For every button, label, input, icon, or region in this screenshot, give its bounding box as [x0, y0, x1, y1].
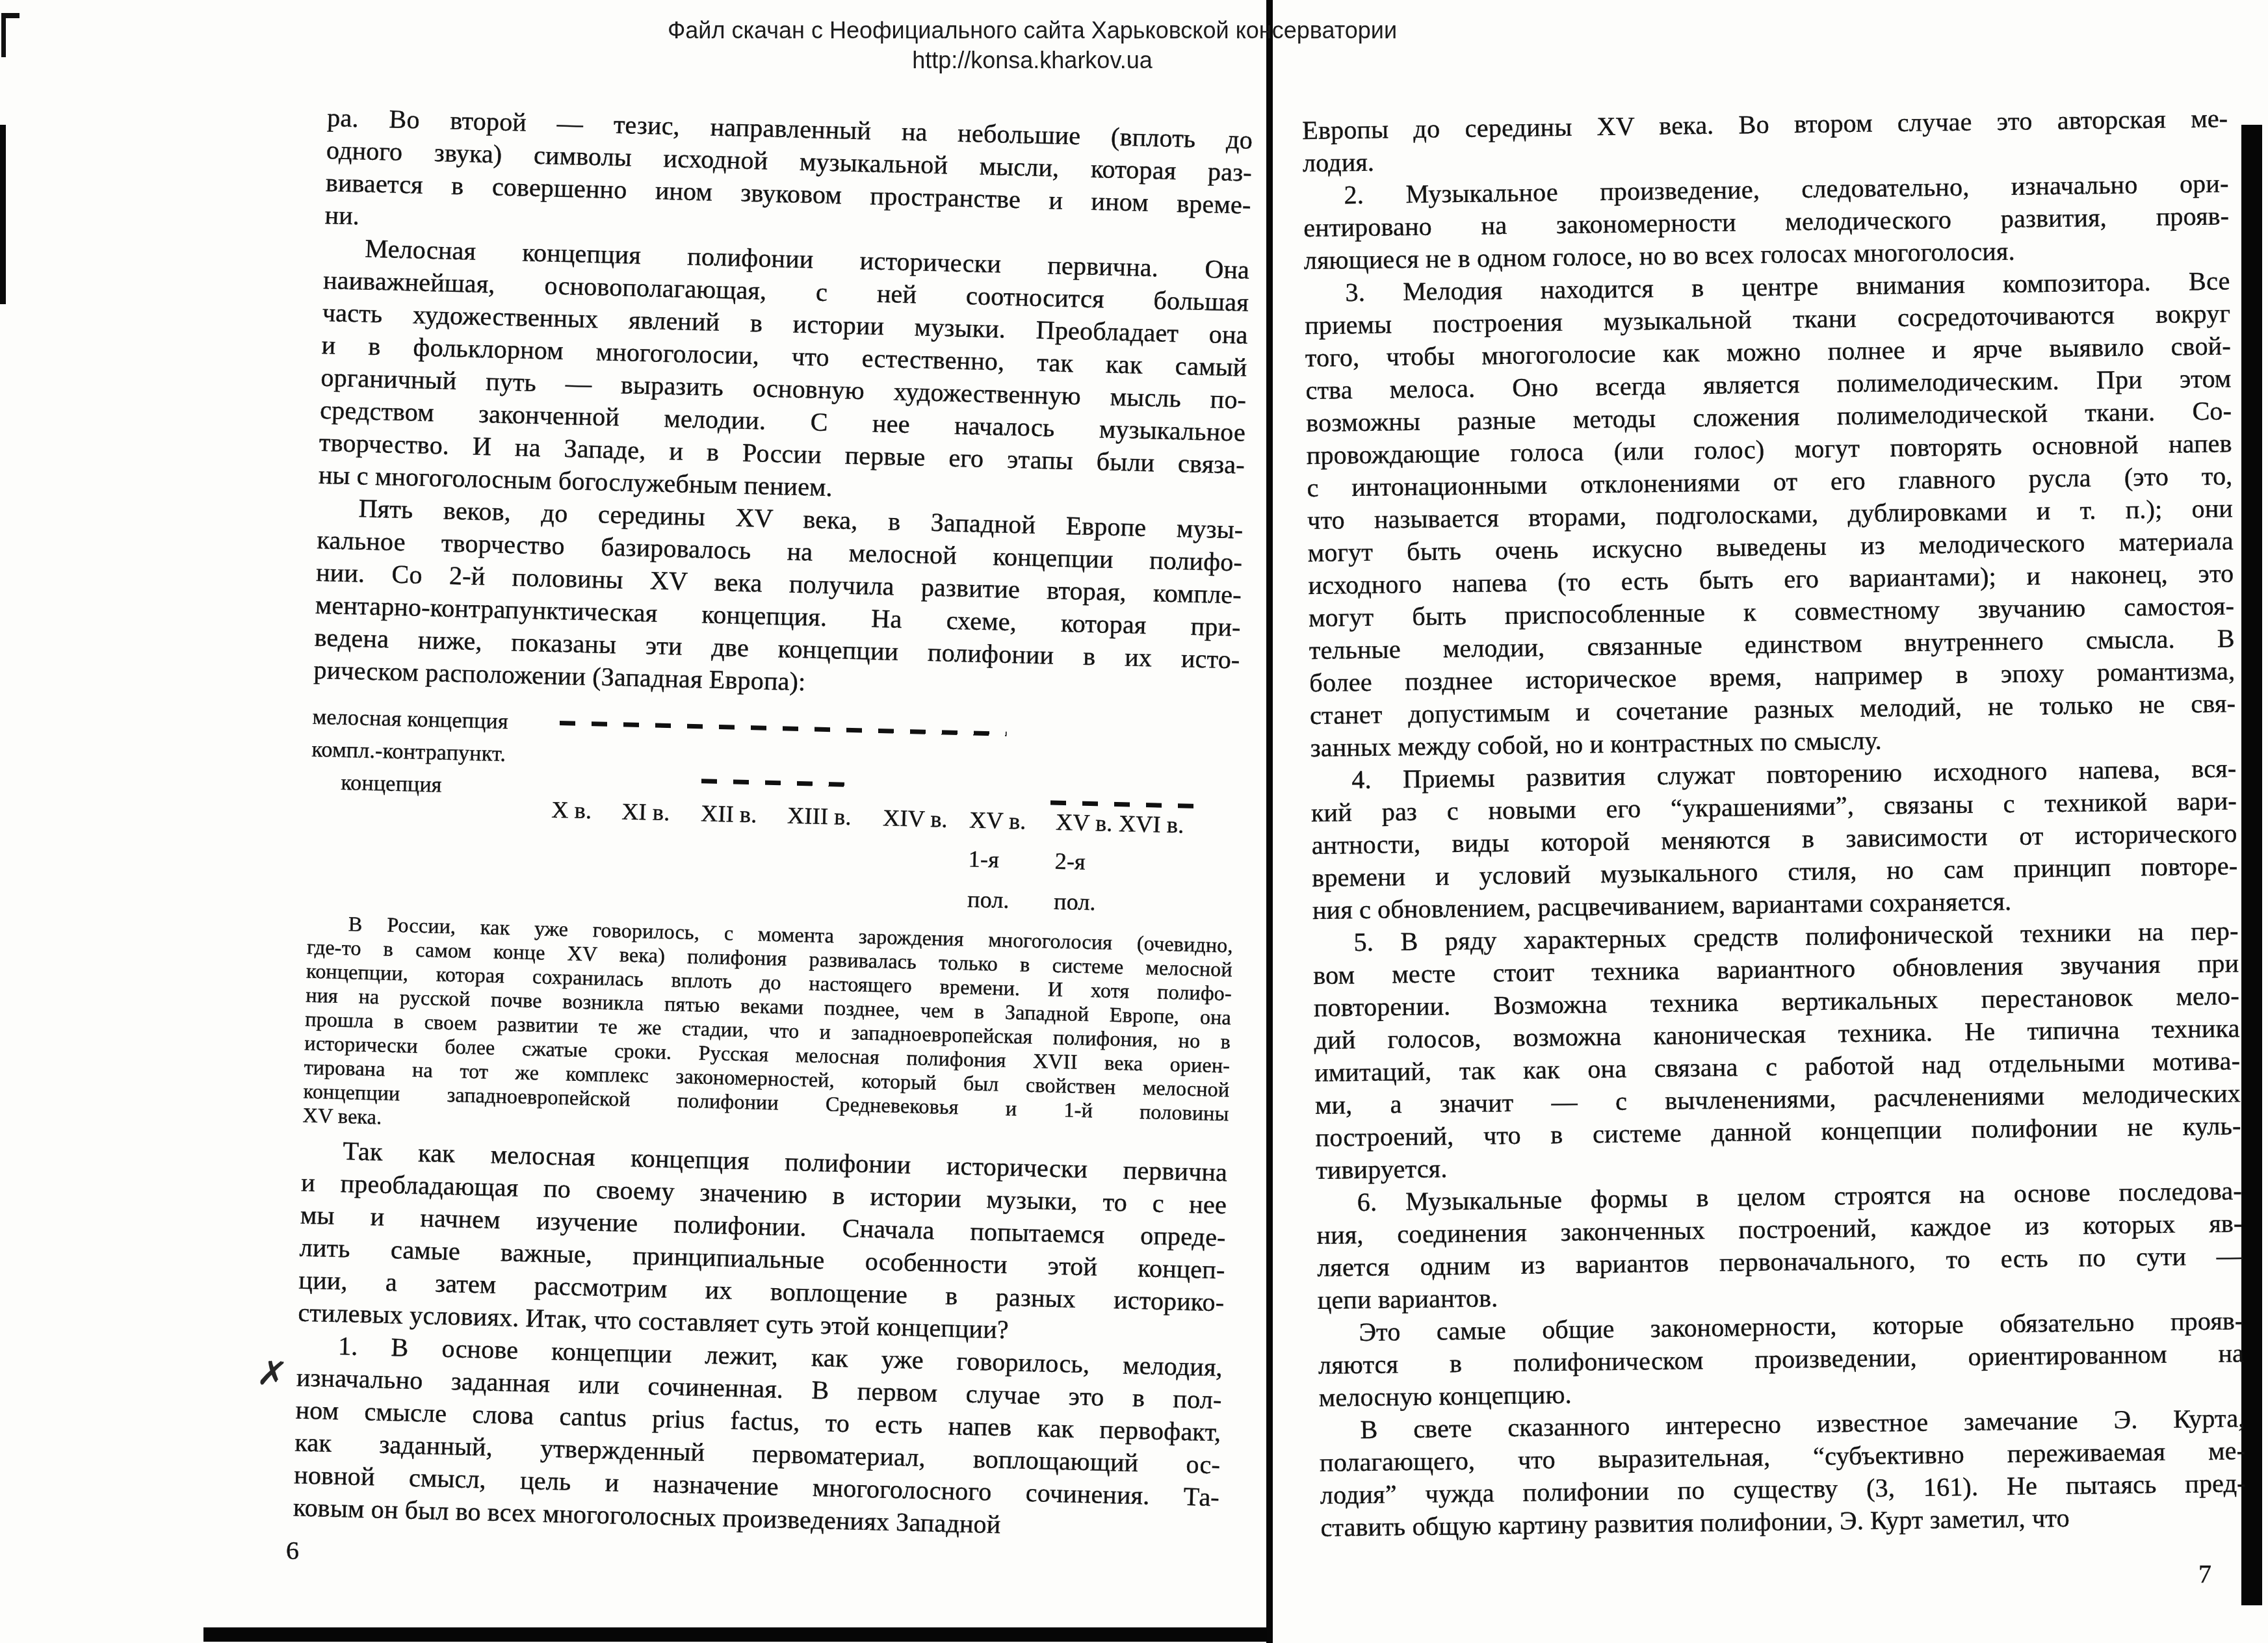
paragraph: Это самые общие закономерности, которые …	[1318, 1304, 2245, 1414]
corner-mark	[1, 13, 6, 57]
paragraph: Мелосная концепция полифонии исторически…	[318, 231, 1249, 514]
century-label-xiii: XIII в.	[787, 799, 852, 833]
corner-mark	[1, 13, 20, 18]
header-note: Файл скачан с Неофициального сайта Харьк…	[447, 16, 1617, 75]
page-gutter-line	[1266, 0, 1273, 1643]
paragraph: 5. В ряду характерных средств полифониче…	[1312, 914, 2241, 1187]
century-label-xi: XI в.	[621, 795, 670, 829]
century-label-xiv: XIV в.	[883, 801, 948, 835]
diagram-label-melodic-concept: мелосная концепция	[312, 705, 508, 735]
half-label-pol2: пол.	[1054, 885, 1097, 919]
paragraph: 3. Мелодия находится в центре внимания к…	[1304, 265, 2236, 764]
paragraph: Так как мелосная концепция полифонии ист…	[298, 1134, 1228, 1352]
paragraph: 1. В основе концепции лежит, как уже гов…	[293, 1328, 1223, 1546]
paragraph: 2. Музыкальное произведение, следователь…	[1303, 167, 2230, 277]
page-number-left: 6	[286, 1535, 299, 1566]
paragraph: ра. Во второй — тезис, направленный на н…	[324, 101, 1253, 254]
header-source-text: Файл скачан с Неофициального сайта Харьк…	[447, 16, 1617, 45]
century-label-xvi: XVI в.	[1119, 807, 1184, 841]
left-page: ра. Во второй — тезис, направленный на н…	[293, 101, 1253, 1546]
polyphony-timeline-diagram: мелосная концепция компл.-контрапункт. к…	[308, 705, 1238, 924]
dashed-line-melodic-concept	[560, 721, 1007, 736]
paragraph: В свете сказанного интересно известное з…	[1319, 1402, 2246, 1544]
diagram-label-counterpoint-concept: компл.-контрапункт.	[311, 737, 506, 768]
diagram-label-counterpoint-concept-2: концепция	[341, 770, 442, 799]
half-label-pol1: пол.	[967, 883, 1010, 916]
half-label-2ya: 2-я	[1054, 845, 1086, 878]
paragraph: 4. Приемы развития служат повторению исх…	[1310, 752, 2238, 927]
paragraph: 6. Музыкальные формы в целом строятся на…	[1316, 1174, 2243, 1317]
paragraph: Пять веков, до середины XV века, в Запад…	[313, 491, 1244, 709]
century-label-xv-1: XV в.	[969, 803, 1027, 837]
right-page: Европы до середины XV века. Во втором сл…	[1302, 102, 2247, 1544]
page-number-right: 7	[2198, 1559, 2211, 1589]
handwritten-margin-mark: ✗	[255, 1351, 290, 1396]
header-url: http://konsa.kharkov.ua	[447, 45, 1617, 75]
book-scan: Файл скачан с Неофициального сайта Харьк…	[0, 0, 2268, 1643]
paragraph: Европы до середины XV века. Во втором сл…	[1302, 102, 2228, 179]
century-label-x: X в.	[551, 794, 592, 827]
dashed-line-melodic-concept-2	[701, 779, 857, 787]
century-label-xv-2: XV в.	[1056, 806, 1114, 840]
scan-edge-left	[0, 125, 6, 304]
century-label-xii: XII в.	[701, 797, 757, 831]
scan-edge-right	[2241, 125, 2262, 1605]
half-label-1ya: 1-я	[968, 842, 999, 875]
paragraph-fine-print: В России, как уже говорилось, с момента …	[302, 911, 1233, 1150]
scan-edge-bottom	[203, 1627, 1267, 1642]
